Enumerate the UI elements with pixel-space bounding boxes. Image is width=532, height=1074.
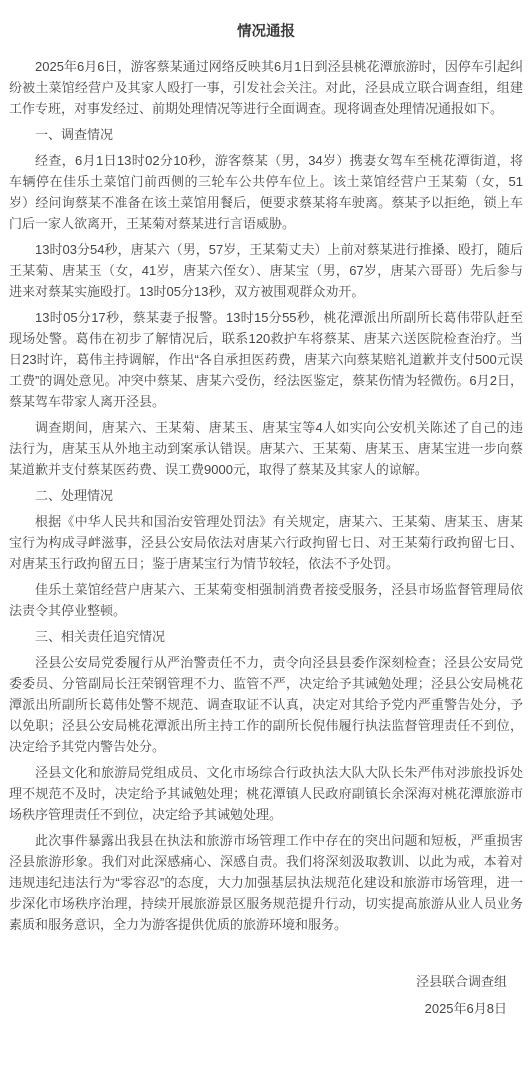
paragraph-restaurant-sanction: 佳乐土菜馆经营户唐某六、王某菊变相强制消费者接受服务，泾县市场监督管理局依法责令… <box>9 579 523 621</box>
section-heading-investigation: 一、调查情况 <box>9 124 523 145</box>
signature-date: 2025年6月8日 <box>9 998 507 1019</box>
signature-org: 泾县联合调查组 <box>9 971 507 992</box>
paragraph-assault: 13时03分54秒，唐某六（男，57岁，王某菊丈夫）上前对蔡某进行推搡、殴打，随… <box>9 239 523 302</box>
paragraph-tourism-accountability: 泾县文化和旅游局党组成员、文化市场综合行政执法大队大队长朱严伟对涉旅投诉处理不规… <box>9 762 523 825</box>
section-heading-accountability: 三、相关责任追究情况 <box>9 626 523 647</box>
paragraph-investigation-result: 调查期间，唐某六、王某菊、唐某玉、唐某宝等4人如实向公安机关陈述了自己的违法行为… <box>9 417 523 480</box>
notice-title: 情况通报 <box>9 22 523 43</box>
paragraph-detention: 根据《中华人民共和国治安管理处罚法》有关规定，唐某六、王某菊、唐某玉、唐某宝行为… <box>9 511 523 574</box>
paragraph-police-accountability: 泾县公安局党委履行从严治警责任不力，责令向泾县县委作深刻检查；泾县公安局党委委员… <box>9 652 523 757</box>
paragraph-incident-start: 经查，6月1日13时02分10秒，游客蔡某（男，34岁）携妻女驾车至桃花潭街道，… <box>9 150 523 234</box>
section-heading-handling: 二、处理情况 <box>9 485 523 506</box>
intro-paragraph: 2025年6月6日，游客蔡某通过网络反映其6月1日到泾县桃花潭旅游时，因停车引起… <box>9 56 523 119</box>
paragraph-conclusion: 此次事件暴露出我县在执法和旅游市场管理工作中存在的突出问题和短板，严重损害泾县旅… <box>9 830 523 935</box>
signature-block: 泾县联合调查组 2025年6月8日 <box>9 971 523 1019</box>
paragraph-police-response: 13时05分17秒，蔡某妻子报警。13时15分55秒，桃花潭派出所副所长葛伟带队… <box>9 307 523 412</box>
notice-document: 情况通报 2025年6月6日，游客蔡某通过网络反映其6月1日到泾县桃花潭旅游时，… <box>0 0 532 1074</box>
